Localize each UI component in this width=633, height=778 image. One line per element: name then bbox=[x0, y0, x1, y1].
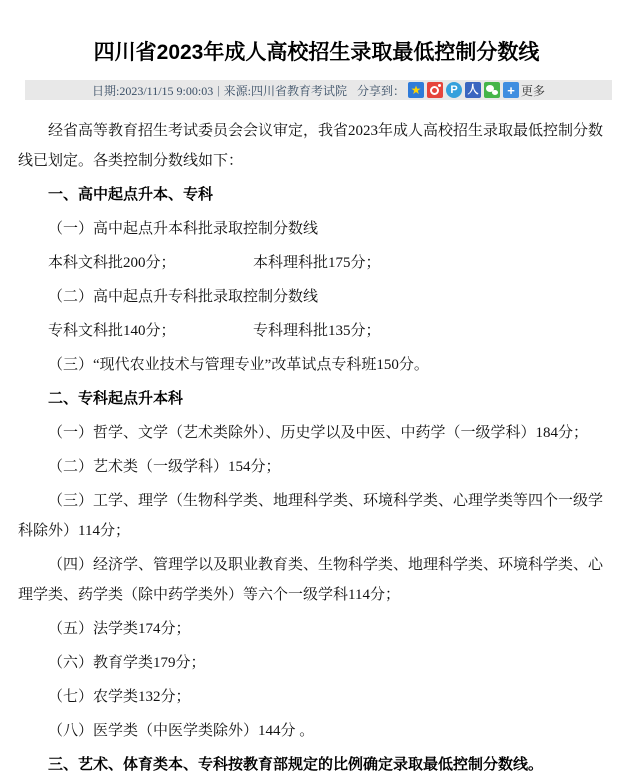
more-share-icon-glyph: + bbox=[507, 84, 515, 97]
section-heading: 二、专科起点升本科 bbox=[18, 384, 615, 414]
renren-icon-glyph: 人 bbox=[467, 85, 478, 96]
paragraph: （七）农学类132分； bbox=[18, 682, 615, 712]
paragraph: 经省高等教育招生考试委员会会议审定，我省2023年成人高校招生录取最低控制分数线… bbox=[18, 116, 615, 176]
share-to-label: 分享到： bbox=[357, 82, 405, 99]
qzone-icon[interactable]: ★ bbox=[408, 82, 424, 98]
paragraph: （五）法学类174分； bbox=[18, 614, 615, 644]
paragraph: （一）哲学、文学（艺术类除外）、历史学以及中医、中药学（一级学科）184分； bbox=[18, 418, 615, 448]
source-label: 来源:四川省教育考试院 bbox=[224, 82, 347, 99]
qzone-icon-glyph: ★ bbox=[411, 84, 422, 96]
page-title: 四川省2023年成人高校招生录取最低控制分数线 bbox=[20, 40, 613, 66]
score-line-right: 本科理科批175分； bbox=[253, 248, 381, 278]
score-line-left: 专科文科批140分； bbox=[48, 316, 253, 346]
share-more-link[interactable]: 更多 bbox=[521, 82, 545, 99]
article-body: 经省高等教育招生考试委员会会议审定，我省2023年成人高校招生录取最低控制分数线… bbox=[0, 100, 633, 778]
meta-bar: 日期:2023/11/15 9:00:03 | 来源:四川省教育考试院 分享到：… bbox=[25, 80, 612, 100]
paragraph: （八）医学类（中医学类除外）144分 。 bbox=[18, 716, 615, 746]
paragraph: （二）高中起点升专科批录取控制分数线 bbox=[18, 282, 615, 312]
paragraph: （一）高中起点升本科批录取控制分数线 bbox=[18, 214, 615, 244]
paragraph: （二）艺术类（一级学科）154分； bbox=[18, 452, 615, 482]
paragraph: 专科文科批140分；专科理科批135分； bbox=[18, 316, 615, 346]
paragraph: （四）经济学、管理学以及职业教育类、生物科学类、地理科学类、环境科学类、心理学类… bbox=[18, 550, 615, 610]
renren-icon[interactable]: 人 bbox=[465, 82, 481, 98]
pengyou-icon-glyph: P bbox=[450, 85, 457, 96]
paragraph: 本科文科批200分；本科理科批175分； bbox=[18, 248, 615, 278]
weibo-icon[interactable] bbox=[427, 82, 443, 98]
wechat-icon[interactable] bbox=[484, 82, 500, 98]
paragraph: （三）“现代农业技术与管理专业”改革试点专科班150分。 bbox=[18, 350, 615, 380]
paragraph: （三）工学、理学（生物科学类、地理科学类、环境科学类、心理学类等四个一级学科除外… bbox=[18, 486, 615, 546]
publish-date: 日期:2023/11/15 9:00:03 bbox=[92, 82, 213, 99]
score-line-right: 专科理科批135分； bbox=[253, 316, 381, 346]
section-heading: 三、艺术、体育类本、专科按教育部规定的比例确定录取最低控制分数线。 bbox=[18, 750, 615, 778]
paragraph: （六）教育学类179分； bbox=[18, 648, 615, 678]
score-line-left: 本科文科批200分； bbox=[48, 248, 253, 278]
section-heading: 一、高中起点升本、专科 bbox=[18, 180, 615, 210]
pengyou-icon[interactable]: P bbox=[446, 82, 462, 98]
share-icons-group: ★P人+ bbox=[405, 82, 519, 98]
article-page: 四川省2023年成人高校招生录取最低控制分数线 日期:2023/11/15 9:… bbox=[0, 0, 633, 778]
more-share-icon[interactable]: + bbox=[503, 82, 519, 98]
meta-separator: | bbox=[217, 83, 219, 98]
